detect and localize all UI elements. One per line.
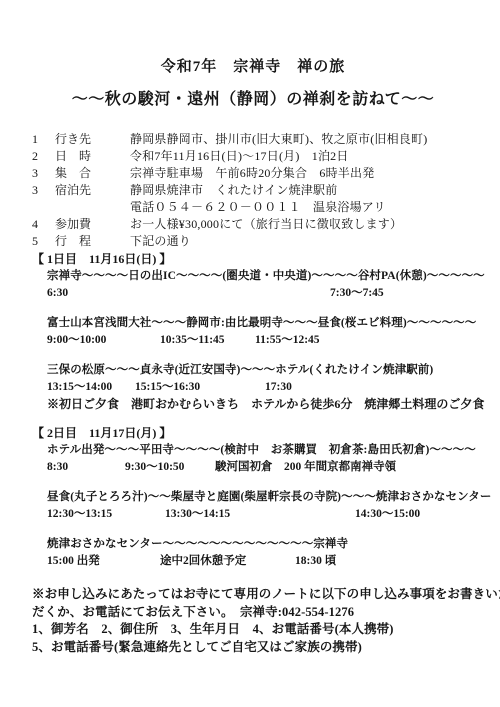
info-row: 5行 程下記の通り xyxy=(32,233,474,250)
time-label: 9:30～10:50 xyxy=(125,459,184,476)
info-row: 4参加費お一人様¥30,000にて（旅行当日に徴収致します） xyxy=(32,216,474,233)
time-label: 17:30 xyxy=(265,379,292,396)
itinerary-segment: ホテル出発～～～平田寺～～～～(検討中 お茶購買 初倉茶:島田氏初倉)～～～～8… xyxy=(47,442,474,476)
time-label: 15:15～16:30 xyxy=(135,379,200,396)
times-row: 15:00 出発途中2回休憩予定18:30 頃 xyxy=(47,553,474,570)
application-note-line: 5、お電話番号(緊急連絡先としてご自宅又はご家族の携帯) xyxy=(32,639,474,657)
info-row-text: 宗禅寺駐車場 午前6時20分集合 6時半出発 xyxy=(130,166,374,180)
info-row-label: 日 時 xyxy=(55,148,130,165)
times-row: 13:15～14:0015:15～16:3017:30 xyxy=(47,379,474,396)
time-label: 10:35～11:45 xyxy=(160,332,225,349)
info-row: 電話０５４－６２０－００１１ 温泉浴場アリ xyxy=(32,199,474,216)
info-row-number: 2 xyxy=(32,148,55,165)
times-row: 8:309:30～10:50駿河国初倉 200 年間京都南禅寺領 xyxy=(47,459,474,476)
info-row-label: 行 程 xyxy=(55,233,130,250)
application-note-line: 1、御芳名 2、御住所 3、生年月日 4、お電話番号(本人携帯) xyxy=(32,621,474,639)
time-label: 15:00 出発 xyxy=(47,553,100,570)
info-row-number: 4 xyxy=(32,216,55,233)
times-row: 9:00～10:0010:35～11:4511:55～12:45 xyxy=(47,332,474,349)
day-header: 【 1日目 11月16日(日) 】 xyxy=(32,251,474,268)
times-row: 6:307:30～7:45 xyxy=(47,285,474,302)
document-title: 令和7年 宗禅寺 禅の旅 xyxy=(32,58,474,76)
time-label: 8:30 xyxy=(47,459,68,476)
route-line: 三保の松原～～～貞永寺(近江安国寺)～～～ホテル(くれたけイン焼津駅前) xyxy=(47,362,474,379)
time-label: 9:00～10:00 xyxy=(47,332,106,349)
itinerary-segment: 焼津おさかなセンター～～～～～～～～～～～～～宗禅寺15:00 出発途中2回休憩… xyxy=(47,536,474,570)
time-label: 18:30 頃 xyxy=(295,553,336,570)
info-row-label: 宿泊先 xyxy=(55,182,130,199)
info-row: 3宿泊先静岡県焼津市 くれたけイン焼津駅前 xyxy=(32,182,474,199)
itinerary: 【 1日目 11月16日(日) 】宗禅寺～～～～日の出IC～～～～(圏央道・中央… xyxy=(32,251,474,570)
info-row-text: 下記の通り xyxy=(130,234,191,248)
day-section: 【 1日目 11月16日(日) 】宗禅寺～～～～日の出IC～～～～(圏央道・中央… xyxy=(32,251,474,413)
time-label: 7:30～7:45 xyxy=(330,285,384,302)
times-row: 12:30～13:1513:30～14:1514:30～15:00 xyxy=(47,506,474,523)
document-subtitle: ～～秋の駿河・遠州（静岡）の禅刹を訪ねて～～ xyxy=(32,90,474,110)
info-row-number: 3 xyxy=(32,165,55,182)
itinerary-segment: 宗禅寺～～～～日の出IC～～～～(圏央道・中央道)～～～～谷村PA(休憩)～～～… xyxy=(47,268,474,302)
application-note: ※お申し込みにあたってはお寺にて専用のノートに以下の申し込み事項をお書きいた だ… xyxy=(32,586,474,656)
route-line: 焼津おさかなセンター～～～～～～～～～～～～～宗禅寺 xyxy=(47,536,474,553)
application-note-line: ※お申し込みにあたってはお寺にて専用のノートに以下の申し込み事項をお書きいた xyxy=(32,586,474,604)
application-note-line: だくか、お電話にてお伝え下さい。 宗禅寺:042-554-1276 xyxy=(32,604,474,622)
day-header: 【 2日目 11月17日(月) 】 xyxy=(32,425,474,442)
info-row-label: 参加費 xyxy=(55,216,130,233)
document-page: 令和7年 宗禅寺 禅の旅 ～～秋の駿河・遠州（静岡）の禅刹を訪ねて～～ 1行き先… xyxy=(0,0,500,707)
time-label: 駿河国初倉 200 年間京都南禅寺領 xyxy=(215,459,396,476)
day-section: 【 2日目 11月17日(月) 】ホテル出発～～～平田寺～～～～(検討中 お茶購… xyxy=(32,425,474,570)
info-row-number: 3 xyxy=(32,182,55,199)
info-row-label: 行き先 xyxy=(55,131,130,148)
time-label: 13:15～14:00 xyxy=(47,379,112,396)
time-label: 6:30 xyxy=(47,285,68,302)
time-label: 11:55～12:45 xyxy=(255,332,320,349)
time-label: 途中2回休憩予定 xyxy=(160,553,246,570)
itinerary-segment: 富士山本宮浅間大社～～～静岡市:由比最明寺～～～昼食(桜エビ料理)～～～～～～9… xyxy=(47,315,474,349)
info-row: 1行き先静岡県静岡市、掛川市(旧大東町)、牧之原市(旧相良町) xyxy=(32,131,474,148)
info-row-text: 静岡県静岡市、掛川市(旧大東町)、牧之原市(旧相良町) xyxy=(130,132,427,146)
itinerary-segment: 三保の松原～～～貞永寺(近江安国寺)～～～ホテル(くれたけイン焼津駅前)13:1… xyxy=(47,362,474,413)
info-row-text: お一人様¥30,000にて（旅行当日に徴収致します） xyxy=(130,217,402,231)
time-label: 13:30～14:15 xyxy=(165,506,230,523)
info-row-label: 集 合 xyxy=(55,165,130,182)
time-label: 14:30～15:00 xyxy=(355,506,420,523)
route-line: 宗禅寺～～～～日の出IC～～～～(圏央道・中央道)～～～～谷村PA(休憩)～～～… xyxy=(47,268,474,285)
info-row-text: 電話０５４－６２０－００１１ 温泉浴場アリ xyxy=(130,200,386,214)
info-row: 3集 合宗禅寺駐車場 午前6時20分集合 6時半出発 xyxy=(32,165,474,182)
info-row-text: 静岡県焼津市 くれたけイン焼津駅前 xyxy=(130,183,337,197)
time-label: 12:30～13:15 xyxy=(47,506,112,523)
info-row-number: 5 xyxy=(32,233,55,250)
info-row-number: 1 xyxy=(32,131,55,148)
route-line: 昼食(丸子とろろ汁)～～柴屋寺と庭園(柴屋軒宗長の寺院)～～～焼津おさかなセンタ… xyxy=(47,489,474,506)
route-line: 富士山本宮浅間大社～～～静岡市:由比最明寺～～～昼食(桜エビ料理)～～～～～～ xyxy=(47,315,474,332)
info-row-text: 令和7年11月16日(日)～17日(月) 1泊2日 xyxy=(130,149,349,163)
info-list: 1行き先静岡県静岡市、掛川市(旧大東町)、牧之原市(旧相良町)2日 時令和7年1… xyxy=(32,131,474,250)
dinner-note: ※初日ご夕食 港町おかむらいきち ホテルから徒歩6分 焼津郷土料理のご夕食 xyxy=(47,396,474,413)
info-row: 2日 時令和7年11月16日(日)～17日(月) 1泊2日 xyxy=(32,148,474,165)
route-line: ホテル出発～～～平田寺～～～～(検討中 お茶購買 初倉茶:島田氏初倉)～～～～ xyxy=(47,442,474,459)
itinerary-segment: 昼食(丸子とろろ汁)～～柴屋寺と庭園(柴屋軒宗長の寺院)～～～焼津おさかなセンタ… xyxy=(47,489,474,523)
